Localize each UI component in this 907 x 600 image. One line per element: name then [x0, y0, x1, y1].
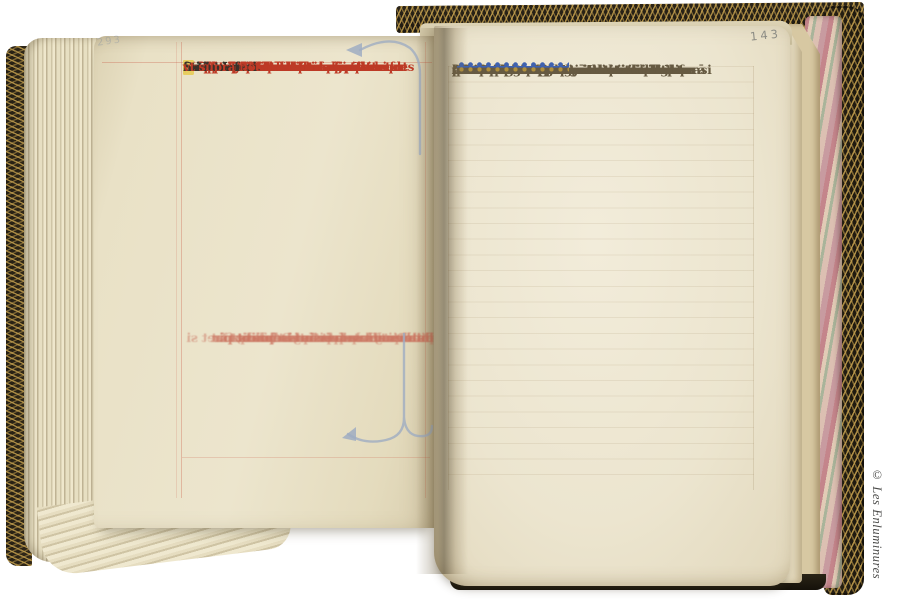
photo-credit: © Les Enluminures — [869, 468, 884, 598]
manuscript-photo: 293 circa sepulturā extraneor sive suntp… — [0, 0, 907, 600]
folio-number: 143 — [749, 26, 781, 43]
ruling-line — [182, 457, 430, 458]
ruling-grid — [448, 66, 754, 490]
text-segment: lata vice: laudabitur. De ce bat — [229, 330, 434, 345]
pencil-inscription: 293 — [96, 34, 122, 48]
penwork-flourish — [94, 36, 436, 528]
ruling-line — [181, 42, 182, 498]
ruling-line — [176, 42, 177, 498]
left-page: 293 circa sepulturā extraneor sive suntp… — [94, 36, 436, 528]
ruling-line — [425, 42, 426, 498]
right-page: 143 filium dei accedamus cum fiduciaad t… — [434, 26, 790, 586]
text-segment: vt supra notata sunt. — [183, 60, 317, 75]
line-filler-ornament — [457, 62, 569, 72]
